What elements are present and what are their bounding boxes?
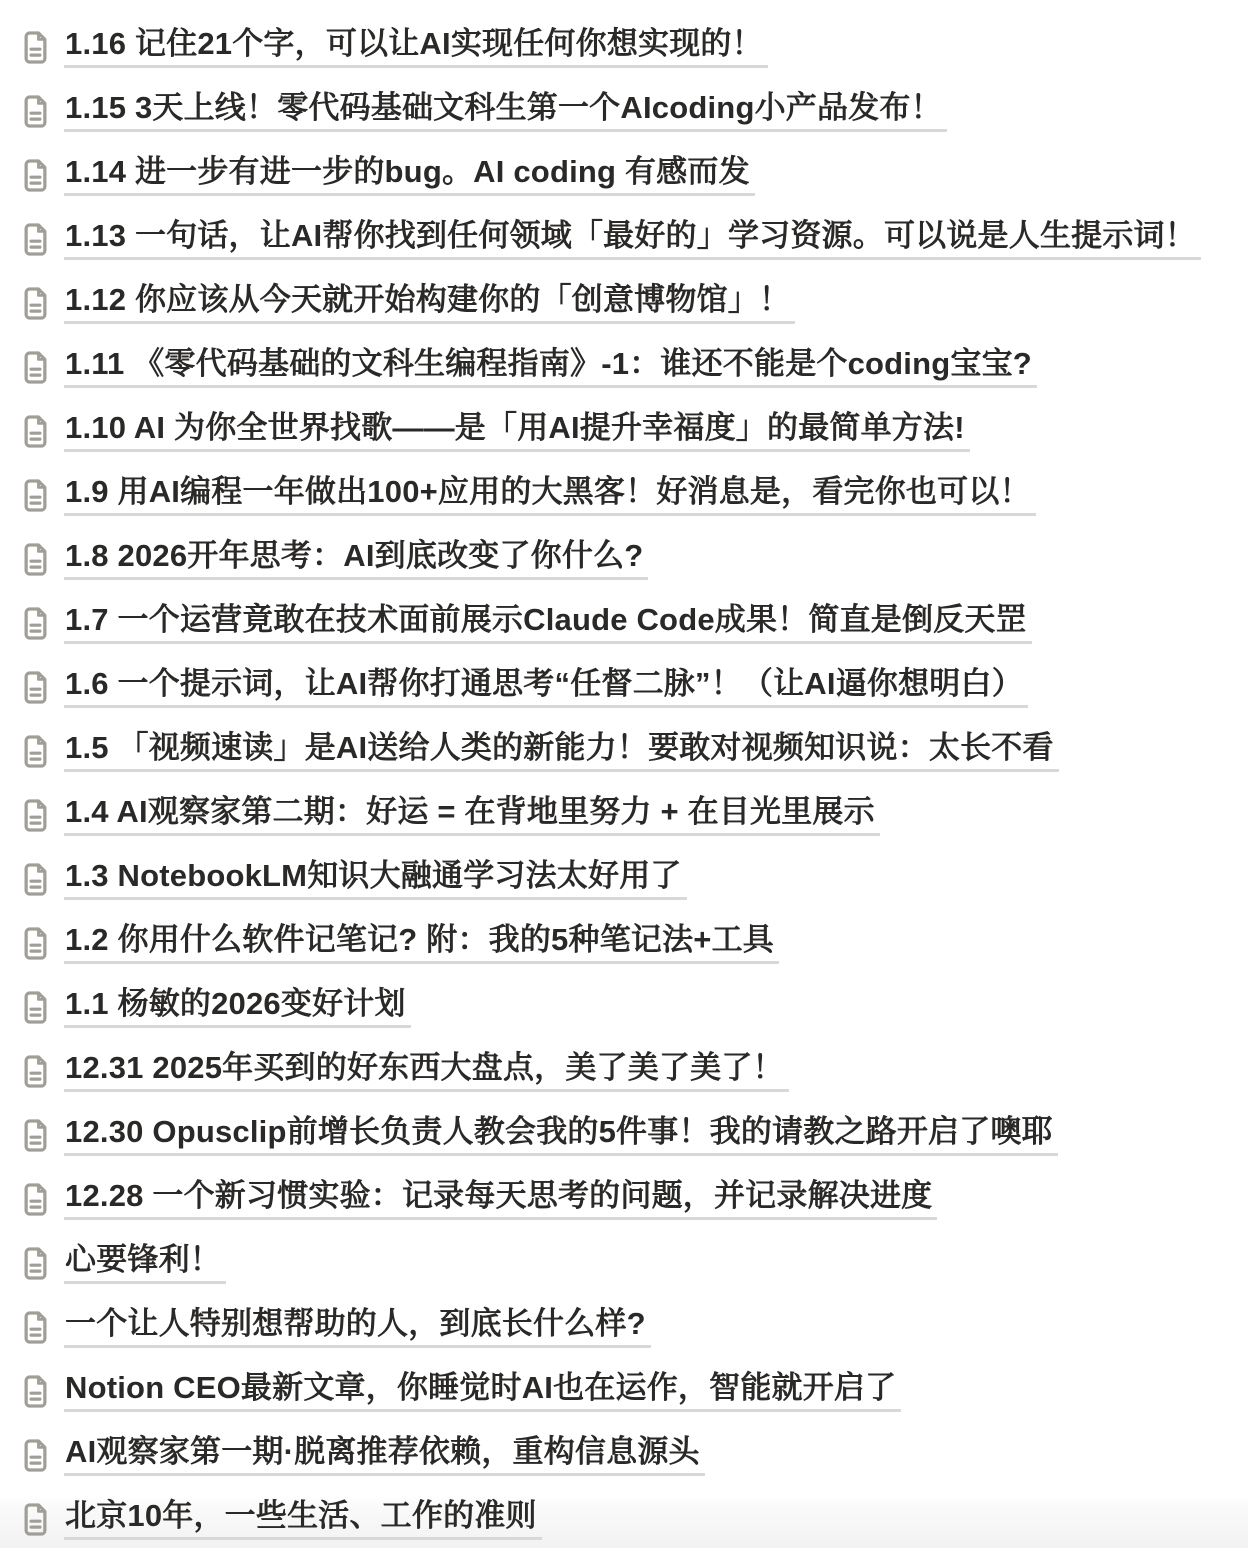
page-link-row[interactable]: 1.8 2026开年思考：AI到底改变了你什么? bbox=[0, 527, 1248, 591]
page-link-title[interactable]: Notion CEO最新文章，你睡觉时AI也在运作，智能就开启了 bbox=[64, 1370, 901, 1413]
page-link-title[interactable]: 12.31 2025年买到的好东西大盘点，美了美了美了！ bbox=[64, 1050, 789, 1093]
document-page-icon bbox=[20, 29, 51, 66]
page-link-title[interactable]: AI观察家第一期·脱离推荐依赖，重构信息源头 bbox=[64, 1434, 705, 1477]
page-link-title[interactable]: 1.12 你应该从今天就开始构建你的「创意博物馆」！ bbox=[64, 282, 795, 325]
page-link-row[interactable]: 1.13 一句话，让AI帮你找到任何领域「最好的」学习资源。可以说是人生提示词！ bbox=[0, 207, 1248, 271]
page-link-row[interactable]: 1.10 AI 为你全世界找歌——是「用AI提升幸福度」的最简单方法! bbox=[0, 399, 1248, 463]
document-page-icon bbox=[20, 1501, 51, 1538]
page-link-title[interactable]: 1.15 3天上线！零代码基础文科生第一个AIcoding小产品发布！ bbox=[64, 90, 947, 133]
document-page-icon bbox=[20, 93, 51, 130]
document-page-icon bbox=[20, 861, 51, 898]
document-page-icon bbox=[20, 349, 51, 386]
document-page-icon bbox=[20, 605, 51, 642]
page-link-title[interactable]: 1.14 进一步有进一步的bug。AI coding 有感而发 bbox=[64, 154, 755, 197]
page-link-row[interactable]: 1.5 「视频速读」是AI送给人类的新能力！要敢对视频知识说：太长不看 bbox=[0, 719, 1248, 783]
page-link-title[interactable]: 1.16 记住21个字，可以让AI实现任何你想实现的！ bbox=[64, 26, 768, 69]
document-page-icon bbox=[20, 413, 51, 450]
document-page-icon bbox=[20, 157, 51, 194]
page-link-row[interactable]: 12.28 一个新习惯实验：记录每天思考的问题，并记录解决进度 bbox=[0, 1167, 1248, 1231]
page-link-row[interactable]: 1.16 记住21个字，可以让AI实现任何你想实现的！ bbox=[0, 15, 1248, 79]
page-link-title[interactable]: 1.10 AI 为你全世界找歌——是「用AI提升幸福度」的最简单方法! bbox=[64, 410, 970, 453]
page-link-row[interactable]: 1.2 你用什么软件记笔记? 附：我的5种笔记法+工具 bbox=[0, 911, 1248, 975]
document-page-icon bbox=[20, 541, 51, 578]
page-link-row[interactable]: 1.6 一个提示词，让AI帮你打通思考“任督二脉”！（让AI逼你想明白） bbox=[0, 655, 1248, 719]
document-page-icon bbox=[20, 477, 51, 514]
document-page-icon bbox=[20, 1053, 51, 1090]
document-page-icon bbox=[20, 797, 51, 834]
page-link-title[interactable]: 12.28 一个新习惯实验：记录每天思考的问题，并记录解决进度 bbox=[64, 1178, 937, 1221]
page-link-row[interactable]: 1.14 进一步有进一步的bug。AI coding 有感而发 bbox=[0, 143, 1248, 207]
page-link-title[interactable]: 1.5 「视频速读」是AI送给人类的新能力！要敢对视频知识说：太长不看 bbox=[64, 730, 1059, 773]
document-page-icon bbox=[20, 221, 51, 258]
document-page-icon bbox=[20, 989, 51, 1026]
document-page-icon bbox=[20, 925, 51, 962]
page-link-row[interactable]: 1.12 你应该从今天就开始构建你的「创意博物馆」！ bbox=[0, 271, 1248, 335]
page-link-row[interactable]: 心要锋利！ bbox=[0, 1231, 1248, 1295]
document-page-icon bbox=[20, 669, 51, 706]
page-link-row[interactable]: Notion CEO最新文章，你睡觉时AI也在运作，智能就开启了 bbox=[0, 1359, 1248, 1423]
page-link-title[interactable]: 心要锋利！ bbox=[64, 1242, 226, 1285]
page-link-title[interactable]: 1.6 一个提示词，让AI帮你打通思考“任督二脉”！（让AI逼你想明白） bbox=[64, 666, 1028, 709]
page-link-row[interactable]: 一个让人特别想帮助的人，到底长什么样? bbox=[0, 1295, 1248, 1359]
page-link-title[interactable]: 1.7 一个运营竟敢在技术面前展示Claude Code成果！简直是倒反天罡 bbox=[64, 602, 1032, 645]
page-link-row[interactable]: 1.11 《零代码基础的文科生编程指南》-1：谁还不能是个coding宝宝? bbox=[0, 335, 1248, 399]
page-link-row[interactable]: 1.7 一个运营竟敢在技术面前展示Claude Code成果！简直是倒反天罡 bbox=[0, 591, 1248, 655]
page-link-row[interactable]: 12.30 Opusclip前增长负责人教会我的5件事！我的请教之路开启了噢耶 bbox=[0, 1103, 1248, 1167]
page-link-row[interactable]: 1.1 杨敏的2026变好计划 bbox=[0, 975, 1248, 1039]
document-page-icon bbox=[20, 285, 51, 322]
page-link-row[interactable]: 1.9 用AI编程一年做出100+应用的大黑客！好消息是，看完你也可以！ bbox=[0, 463, 1248, 527]
document-page-icon bbox=[20, 1437, 51, 1474]
page-link-row[interactable]: 1.3 NotebookLM知识大融通学习法太好用了 bbox=[0, 847, 1248, 911]
document-page-icon bbox=[20, 1245, 51, 1282]
page-link-row[interactable]: 12.31 2025年买到的好东西大盘点，美了美了美了！ bbox=[0, 1039, 1248, 1103]
page-link-title[interactable]: 1.3 NotebookLM知识大融通学习法太好用了 bbox=[64, 858, 687, 901]
document-page-icon bbox=[20, 1373, 51, 1410]
page-link-title[interactable]: 1.8 2026开年思考：AI到底改变了你什么? bbox=[64, 538, 648, 581]
page-link-row[interactable]: 北京10年，一些生活、工作的准则 bbox=[0, 1487, 1248, 1548]
page-link-title[interactable]: 1.1 杨敏的2026变好计划 bbox=[64, 986, 411, 1029]
page-link-title[interactable]: 北京10年，一些生活、工作的准则 bbox=[64, 1498, 542, 1541]
page-link-title[interactable]: 1.4 AI观察家第二期：好运 = 在背地里努力 + 在目光里展示 bbox=[64, 794, 880, 837]
page-link-list: 1.16 记住21个字，可以让AI实现任何你想实现的！ 1.15 3天上线！零代… bbox=[0, 0, 1248, 1548]
document-page-icon bbox=[20, 733, 51, 770]
page-link-row[interactable]: 1.4 AI观察家第二期：好运 = 在背地里努力 + 在目光里展示 bbox=[0, 783, 1248, 847]
document-page-icon bbox=[20, 1309, 51, 1346]
document-page-icon bbox=[20, 1117, 51, 1154]
page-link-title[interactable]: 一个让人特别想帮助的人，到底长什么样? bbox=[64, 1306, 651, 1349]
document-page-icon bbox=[20, 1181, 51, 1218]
page-link-title[interactable]: 1.11 《零代码基础的文科生编程指南》-1：谁还不能是个coding宝宝? bbox=[64, 346, 1037, 389]
page-link-row[interactable]: 1.15 3天上线！零代码基础文科生第一个AIcoding小产品发布！ bbox=[0, 79, 1248, 143]
page-link-title[interactable]: 1.13 一句话，让AI帮你找到任何领域「最好的」学习资源。可以说是人生提示词！ bbox=[64, 218, 1201, 261]
page-link-row[interactable]: AI观察家第一期·脱离推荐依赖，重构信息源头 bbox=[0, 1423, 1248, 1487]
page-link-title[interactable]: 12.30 Opusclip前增长负责人教会我的5件事！我的请教之路开启了噢耶 bbox=[64, 1114, 1058, 1157]
page-link-title[interactable]: 1.2 你用什么软件记笔记? 附：我的5种笔记法+工具 bbox=[64, 922, 779, 965]
page-link-title[interactable]: 1.9 用AI编程一年做出100+应用的大黑客！好消息是，看完你也可以！ bbox=[64, 474, 1036, 517]
